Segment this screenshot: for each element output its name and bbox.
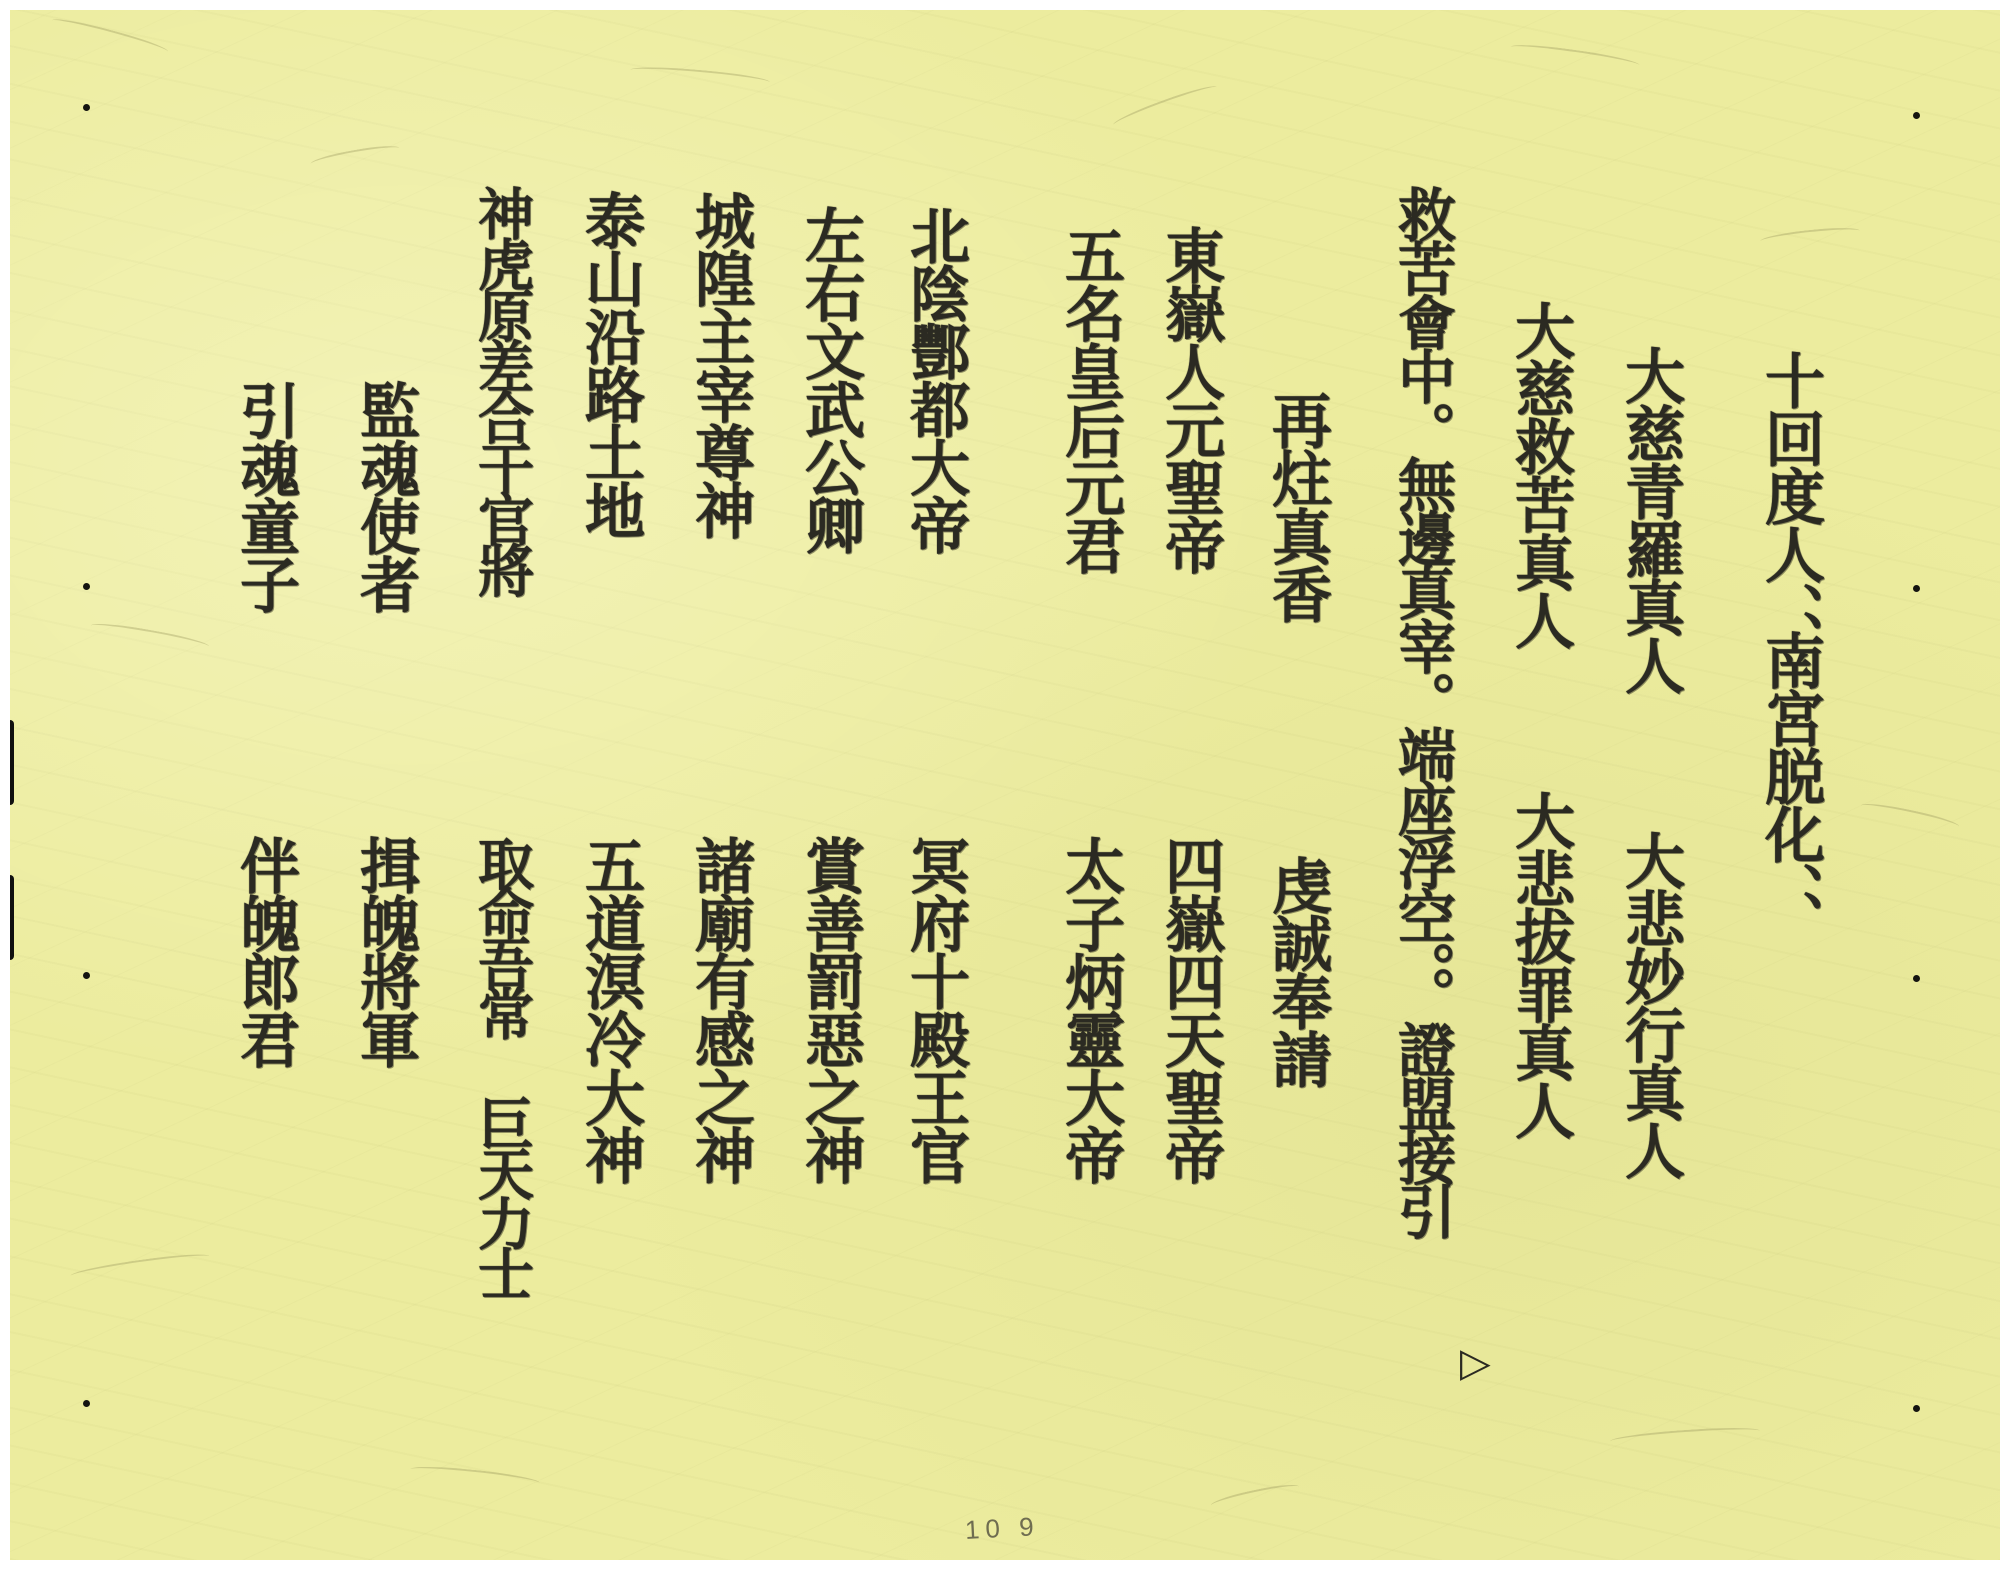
paper-fiber xyxy=(1610,1425,1760,1447)
end-mark-icon: ▷ xyxy=(1460,1340,1491,1386)
column-5-upper: 再炷真香 xyxy=(1262,390,1332,622)
binding-dot xyxy=(1913,585,1920,592)
column-8-upper: 北陰酆都大帝 xyxy=(900,205,970,553)
column-14-upper: 引魂童子 xyxy=(230,380,300,612)
binding-dot xyxy=(1913,975,1920,982)
paper-fiber xyxy=(1210,1481,1301,1511)
column-3-lower: 大悲拔罪真人 xyxy=(1505,790,1575,1138)
column-3-upper: 大慈救苦真人 xyxy=(1505,300,1575,648)
manuscript-page xyxy=(10,10,2000,1560)
column-7-lower: 太子炳靈大帝 xyxy=(1055,835,1125,1183)
binding-dot xyxy=(83,583,90,590)
binding-dot xyxy=(1913,112,1920,119)
page-number: 10 9 xyxy=(964,1511,1040,1546)
column-6-upper: 東嶽人元聖帝 xyxy=(1155,225,1225,573)
column-4-full: 救苦會中。無邊真宰。端座浮空。。證盟接引 xyxy=(1385,185,1455,1236)
column-12-lower: 取命吾常 巨天力士 xyxy=(465,835,535,1295)
column-1-lower: 南宮脱化、、 xyxy=(1755,630,1825,948)
column-5-lower: 虔誠奉請 xyxy=(1262,855,1332,1087)
column-2-lower: 大悲妙行真人 xyxy=(1615,830,1685,1178)
column-13-lower: 揖魄將軍 xyxy=(350,835,420,1067)
paper-fiber xyxy=(90,620,210,653)
column-2-upper: 大慈青羅真人 xyxy=(1615,345,1685,693)
paper-fiber xyxy=(410,1463,541,1489)
column-1-upper: 十回度人、、 xyxy=(1755,350,1825,668)
column-9-lower: 賞善罰惡之神 xyxy=(795,835,865,1183)
binding-dot xyxy=(1913,1405,1920,1412)
column-11-upper: 泰山沿路土地 xyxy=(575,190,645,538)
paper-fiber xyxy=(1760,225,1861,247)
binding-dot xyxy=(83,104,90,111)
paper-fiber xyxy=(70,1250,210,1281)
column-12-upper: 神虎原差合干官將 xyxy=(465,185,535,593)
column-13-upper: 監魂使者 xyxy=(350,380,420,612)
paper-fiber xyxy=(50,15,169,58)
edge-mark xyxy=(10,875,14,960)
column-11-lower: 五道溟冷大神 xyxy=(575,835,645,1183)
paper-fiber xyxy=(1510,41,1640,71)
paper-fiber xyxy=(1111,82,1218,131)
column-10-upper: 城隍主宰尊神 xyxy=(685,190,755,538)
column-7-upper: 五名皇后元君 xyxy=(1055,225,1125,573)
column-9-upper: 左右文武公卿 xyxy=(795,205,865,553)
binding-dot xyxy=(83,972,90,979)
paper-fiber xyxy=(630,64,771,88)
edge-mark xyxy=(10,720,14,805)
column-8-lower: 冥府十殿王官 xyxy=(900,835,970,1183)
binding-dot xyxy=(83,1400,90,1407)
column-10-lower: 諸廟有感之神 xyxy=(685,835,755,1183)
paper-fiber xyxy=(1860,800,1960,833)
paper-fiber xyxy=(310,142,401,169)
column-6-lower: 四嶽四天聖帝 xyxy=(1155,835,1225,1183)
column-14-lower: 伴魄郎君 xyxy=(230,835,300,1067)
